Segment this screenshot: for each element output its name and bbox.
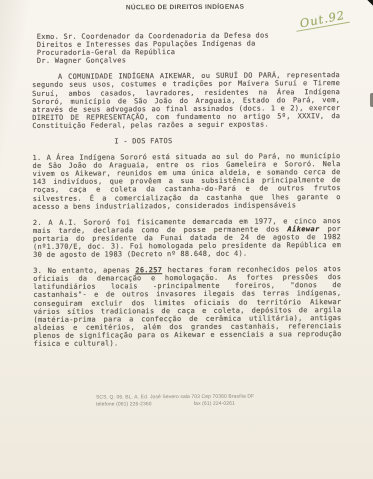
section-heading-dos-fatos: I - DOS FATOS [114,136,372,146]
scanned-document-page: NÚCLEO DE DIREITOS INDÍGENAS Out.92 Exmo… [0,0,373,479]
paragraph-3: 3. No entanto, apenas 26.257 hectares fo… [33,265,341,348]
footer-contact-line: telefone (061) 226-2360fax (61) 224-0261 [96,400,254,408]
letterhead-title: NÚCLEO DE DIREITOS INDÍGENAS [0,0,372,12]
opening-paragraph: A COMUNIDADE INDÍGENA AIKEWAR, ou SURUÍ … [32,71,340,130]
handwritten-date-text: Out.92 [299,8,347,31]
handwritten-date-annotation: Out.92 [299,8,347,32]
footer-phone: telefone (061) 226-2360 [96,401,152,407]
footer-fax: fax (61) 224-0261 [194,400,235,406]
paragraph-3-text-continued: hectares foram reconhecidos pelos atos o… [33,265,341,348]
handwritten-margin-word: Aikewar [287,225,319,233]
footer-letterhead-address: SCS. Q. 06, BL. A. Ed. José Severo sala … [96,394,254,408]
recipient-block: Exmo. Sr. Coordenador da Coordenadoria d… [37,31,372,65]
paragraph-2: 2. A A.I. Sororó foi fisicamente demarca… [33,217,341,259]
recipient-line-4: Dr. Wagner Gonçalves [37,55,372,65]
hectares-value: 26.257 [135,266,162,274]
document-content: NÚCLEO DE DIREITOS INDÍGENAS Out.92 Exmo… [0,0,373,479]
paragraph-1: 1. A Área Indígena Sororó está situada a… [32,152,340,211]
